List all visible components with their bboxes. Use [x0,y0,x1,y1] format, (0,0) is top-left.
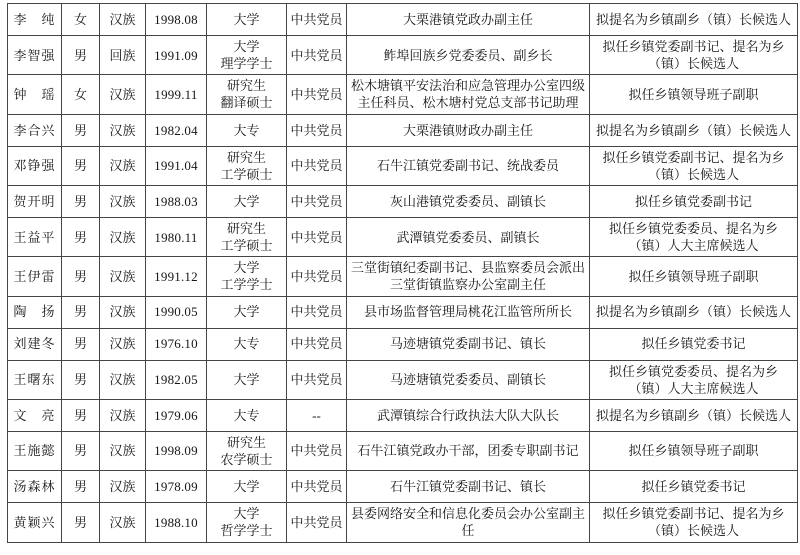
cell-political-status: 中共党员 [287,328,347,360]
cell-gender: 男 [62,399,100,431]
cell-name: 李 纯 [8,4,62,36]
cell-education: 研究生 工学硕士 [207,146,287,185]
table-row: 李智强 男 回族 1991.09 大学 理学学士 中共党员 鲊埠回族乡党委委员、… [8,36,798,75]
cell-political-status: 中共党员 [287,296,347,328]
table-row: 王益平 男 汉族 1980.11 研究生 工学硕士 中共党员 武潭镇党委委员、副… [8,217,798,256]
cell-political-status: 中共党员 [287,4,347,36]
cell-ethnicity: 汉族 [100,471,146,503]
cell-current-position: 武潭镇综合行政执法大队大队长 [347,399,590,431]
cell-current-position: 武潭镇党委委员、副镇长 [347,217,590,256]
cell-political-status: 中共党员 [287,503,347,542]
cell-birth-date: 1988.10 [146,503,207,542]
cell-ethnicity: 汉族 [100,4,146,36]
cell-ethnicity: 汉族 [100,185,146,217]
cell-political-status: 中共党员 [287,185,347,217]
cell-gender: 男 [62,296,100,328]
cell-gender: 男 [62,146,100,185]
cell-proposed-position: 拟任乡镇领导班子副职 [590,257,798,296]
cell-name: 王施懿 [8,431,62,470]
cell-proposed-position: 拟提名为乡镇副乡（镇）长候选人 [590,296,798,328]
cell-current-position: 马迹塘镇党委委员、副镇长 [347,360,590,399]
cell-political-status: 中共党员 [287,360,347,399]
cell-gender: 女 [62,4,100,36]
cell-proposed-position: 拟任乡镇党委副书记 [590,185,798,217]
cell-ethnicity: 汉族 [100,114,146,146]
cell-gender: 男 [62,471,100,503]
table-row: 李 纯 女 汉族 1998.08 大学 中共党员 大栗港镇党政办副主任 拟提名为… [8,4,798,36]
cell-proposed-position: 拟提名为乡镇副乡（镇）长候选人 [590,399,798,431]
cell-current-position: 县委网络安全和信息化委员会办公室副主任 [347,503,590,542]
cell-name: 文 亮 [8,399,62,431]
table-row: 王伊雷 男 汉族 1991.12 大学 工学学士 中共党员 三堂街镇纪委副书记、… [8,257,798,296]
cell-birth-date: 1998.08 [146,4,207,36]
cell-political-status: 中共党员 [287,217,347,256]
cell-proposed-position: 拟提名为乡镇副乡（镇）长候选人 [590,4,798,36]
cadre-roster-table: 李 纯 女 汉族 1998.08 大学 中共党员 大栗港镇党政办副主任 拟提名为… [7,3,798,543]
cell-current-position: 三堂街镇纪委副书记、县监察委员会派出三堂街镇监察办公室副主任 [347,257,590,296]
table-row: 贺开明 男 汉族 1988.03 大学 中共党员 灰山港镇党委委员、副镇长 拟任… [8,185,798,217]
cell-current-position: 大栗港镇财政办副主任 [347,114,590,146]
cell-name: 刘建冬 [8,328,62,360]
cell-ethnicity: 汉族 [100,217,146,256]
cell-current-position: 大栗港镇党政办副主任 [347,4,590,36]
cell-proposed-position: 拟任乡镇领导班子副职 [590,431,798,470]
cell-birth-date: 1988.03 [146,185,207,217]
cell-name: 贺开明 [8,185,62,217]
cell-name: 李智强 [8,36,62,75]
table-row: 黄颖兴 男 汉族 1988.10 大学 哲学学士 中共党员 县委网络安全和信息化… [8,503,798,542]
cell-education: 大学 哲学学士 [207,503,287,542]
table-row: 汤森林 男 汉族 1978.09 大学 中共党员 石牛江镇党委副书记、镇长 拟任… [8,471,798,503]
cell-birth-date: 1978.09 [146,471,207,503]
cell-birth-date: 1991.12 [146,257,207,296]
cell-name: 王益平 [8,217,62,256]
cell-name: 钟 瑶 [8,75,62,114]
cell-political-status: 中共党员 [287,471,347,503]
cell-education: 大专 [207,328,287,360]
cell-birth-date: 1999.11 [146,75,207,114]
cell-education: 研究生 农学硕士 [207,431,287,470]
cell-proposed-position: 拟任乡镇党委副书记、提名为乡（镇）长候选人 [590,146,798,185]
cell-birth-date: 1991.04 [146,146,207,185]
table-row: 李合兴 男 汉族 1982.04 大专 中共党员 大栗港镇财政办副主任 拟提名为… [8,114,798,146]
table-row: 刘建冬 男 汉族 1976.10 大专 中共党员 马迹塘镇党委副书记、镇长 拟任… [8,328,798,360]
cell-ethnicity: 汉族 [100,431,146,470]
cell-ethnicity: 汉族 [100,503,146,542]
cell-current-position: 马迹塘镇党委副书记、镇长 [347,328,590,360]
cell-education: 大学 [207,471,287,503]
cell-gender: 男 [62,185,100,217]
cell-birth-date: 1980.11 [146,217,207,256]
cell-name: 李合兴 [8,114,62,146]
cell-education: 大学 [207,360,287,399]
cell-education: 大专 [207,114,287,146]
cell-name: 王曙东 [8,360,62,399]
cell-proposed-position: 拟任乡镇党委书记 [590,328,798,360]
cell-ethnicity: 汉族 [100,75,146,114]
cell-ethnicity: 回族 [100,36,146,75]
cell-birth-date: 1979.06 [146,399,207,431]
cell-political-status: 中共党员 [287,114,347,146]
cell-gender: 男 [62,36,100,75]
cell-current-position: 灰山港镇党委委员、副镇长 [347,185,590,217]
cell-current-position: 松木塘镇平安法治和应急管理办公室四级主任科员、松木塘村党总支部书记助理 [347,75,590,114]
cell-birth-date: 1991.09 [146,36,207,75]
cell-proposed-position: 拟任乡镇党委副书记、提名为乡（镇）长候选人 [590,36,798,75]
cell-gender: 男 [62,217,100,256]
table-row: 钟 瑶 女 汉族 1999.11 研究生 翻译硕士 中共党员 松木塘镇平安法治和… [8,75,798,114]
cell-current-position: 石牛江镇党委副书记、统战委员 [347,146,590,185]
cell-proposed-position: 拟任乡镇党委委员、提名为乡（镇）人大主席候选人 [590,217,798,256]
document-page: 李 纯 女 汉族 1998.08 大学 中共党员 大栗港镇党政办副主任 拟提名为… [0,0,800,555]
cell-ethnicity: 汉族 [100,146,146,185]
cell-gender: 男 [62,360,100,399]
cell-name: 陶 扬 [8,296,62,328]
cell-proposed-position: 拟任乡镇党委书记 [590,471,798,503]
cell-name: 王伊雷 [8,257,62,296]
cell-gender: 女 [62,75,100,114]
cell-gender: 男 [62,503,100,542]
cell-education: 研究生 工学硕士 [207,217,287,256]
cell-education: 大学 [207,296,287,328]
cell-political-status: 中共党员 [287,431,347,470]
cell-current-position: 鲊埠回族乡党委委员、副乡长 [347,36,590,75]
cell-gender: 男 [62,114,100,146]
table-row: 邓铮强 男 汉族 1991.04 研究生 工学硕士 中共党员 石牛江镇党委副书记… [8,146,798,185]
cell-ethnicity: 汉族 [100,399,146,431]
cell-birth-date: 1976.10 [146,328,207,360]
cell-name: 汤森林 [8,471,62,503]
table-body: 李 纯 女 汉族 1998.08 大学 中共党员 大栗港镇党政办副主任 拟提名为… [8,4,798,543]
cell-name: 邓铮强 [8,146,62,185]
cell-ethnicity: 汉族 [100,296,146,328]
cell-proposed-position: 拟提名为乡镇副乡（镇）长候选人 [590,114,798,146]
table-row: 文 亮 男 汉族 1979.06 大专 -- 武潭镇综合行政执法大队大队长 拟提… [8,399,798,431]
table-row: 王曙东 男 汉族 1982.05 大学 中共党员 马迹塘镇党委委员、副镇长 拟任… [8,360,798,399]
cell-gender: 男 [62,328,100,360]
cell-education: 大学 工学学士 [207,257,287,296]
table-row: 王施懿 男 汉族 1998.09 研究生 农学硕士 中共党员 石牛江镇党政办干部… [8,431,798,470]
cell-political-status: -- [287,399,347,431]
cell-political-status: 中共党员 [287,146,347,185]
cell-current-position: 县市场监督管理局桃花江监管所所长 [347,296,590,328]
table-row: 陶 扬 男 汉族 1990.05 大学 中共党员 县市场监督管理局桃花江监管所所… [8,296,798,328]
cell-name: 黄颖兴 [8,503,62,542]
cell-education: 研究生 翻译硕士 [207,75,287,114]
cell-ethnicity: 汉族 [100,360,146,399]
cell-birth-date: 1982.05 [146,360,207,399]
cell-birth-date: 1998.09 [146,431,207,470]
cell-political-status: 中共党员 [287,36,347,75]
cell-gender: 男 [62,431,100,470]
cell-birth-date: 1982.04 [146,114,207,146]
cell-proposed-position: 拟任乡镇党委副书记、提名为乡（镇）长候选人 [590,503,798,542]
cell-ethnicity: 汉族 [100,328,146,360]
cell-political-status: 中共党员 [287,257,347,296]
cell-political-status: 中共党员 [287,75,347,114]
cell-proposed-position: 拟任乡镇党委委员、提名为乡（镇）人大主席候选人 [590,360,798,399]
cell-gender: 男 [62,257,100,296]
cell-education: 大学 [207,185,287,217]
cell-education: 大学 [207,4,287,36]
cell-current-position: 石牛江镇党政办干部，团委专职副书记 [347,431,590,470]
cell-education: 大专 [207,399,287,431]
cell-education: 大学 理学学士 [207,36,287,75]
cell-birth-date: 1990.05 [146,296,207,328]
cell-ethnicity: 汉族 [100,257,146,296]
cell-current-position: 石牛江镇党委副书记、镇长 [347,471,590,503]
cell-proposed-position: 拟任乡镇领导班子副职 [590,75,798,114]
